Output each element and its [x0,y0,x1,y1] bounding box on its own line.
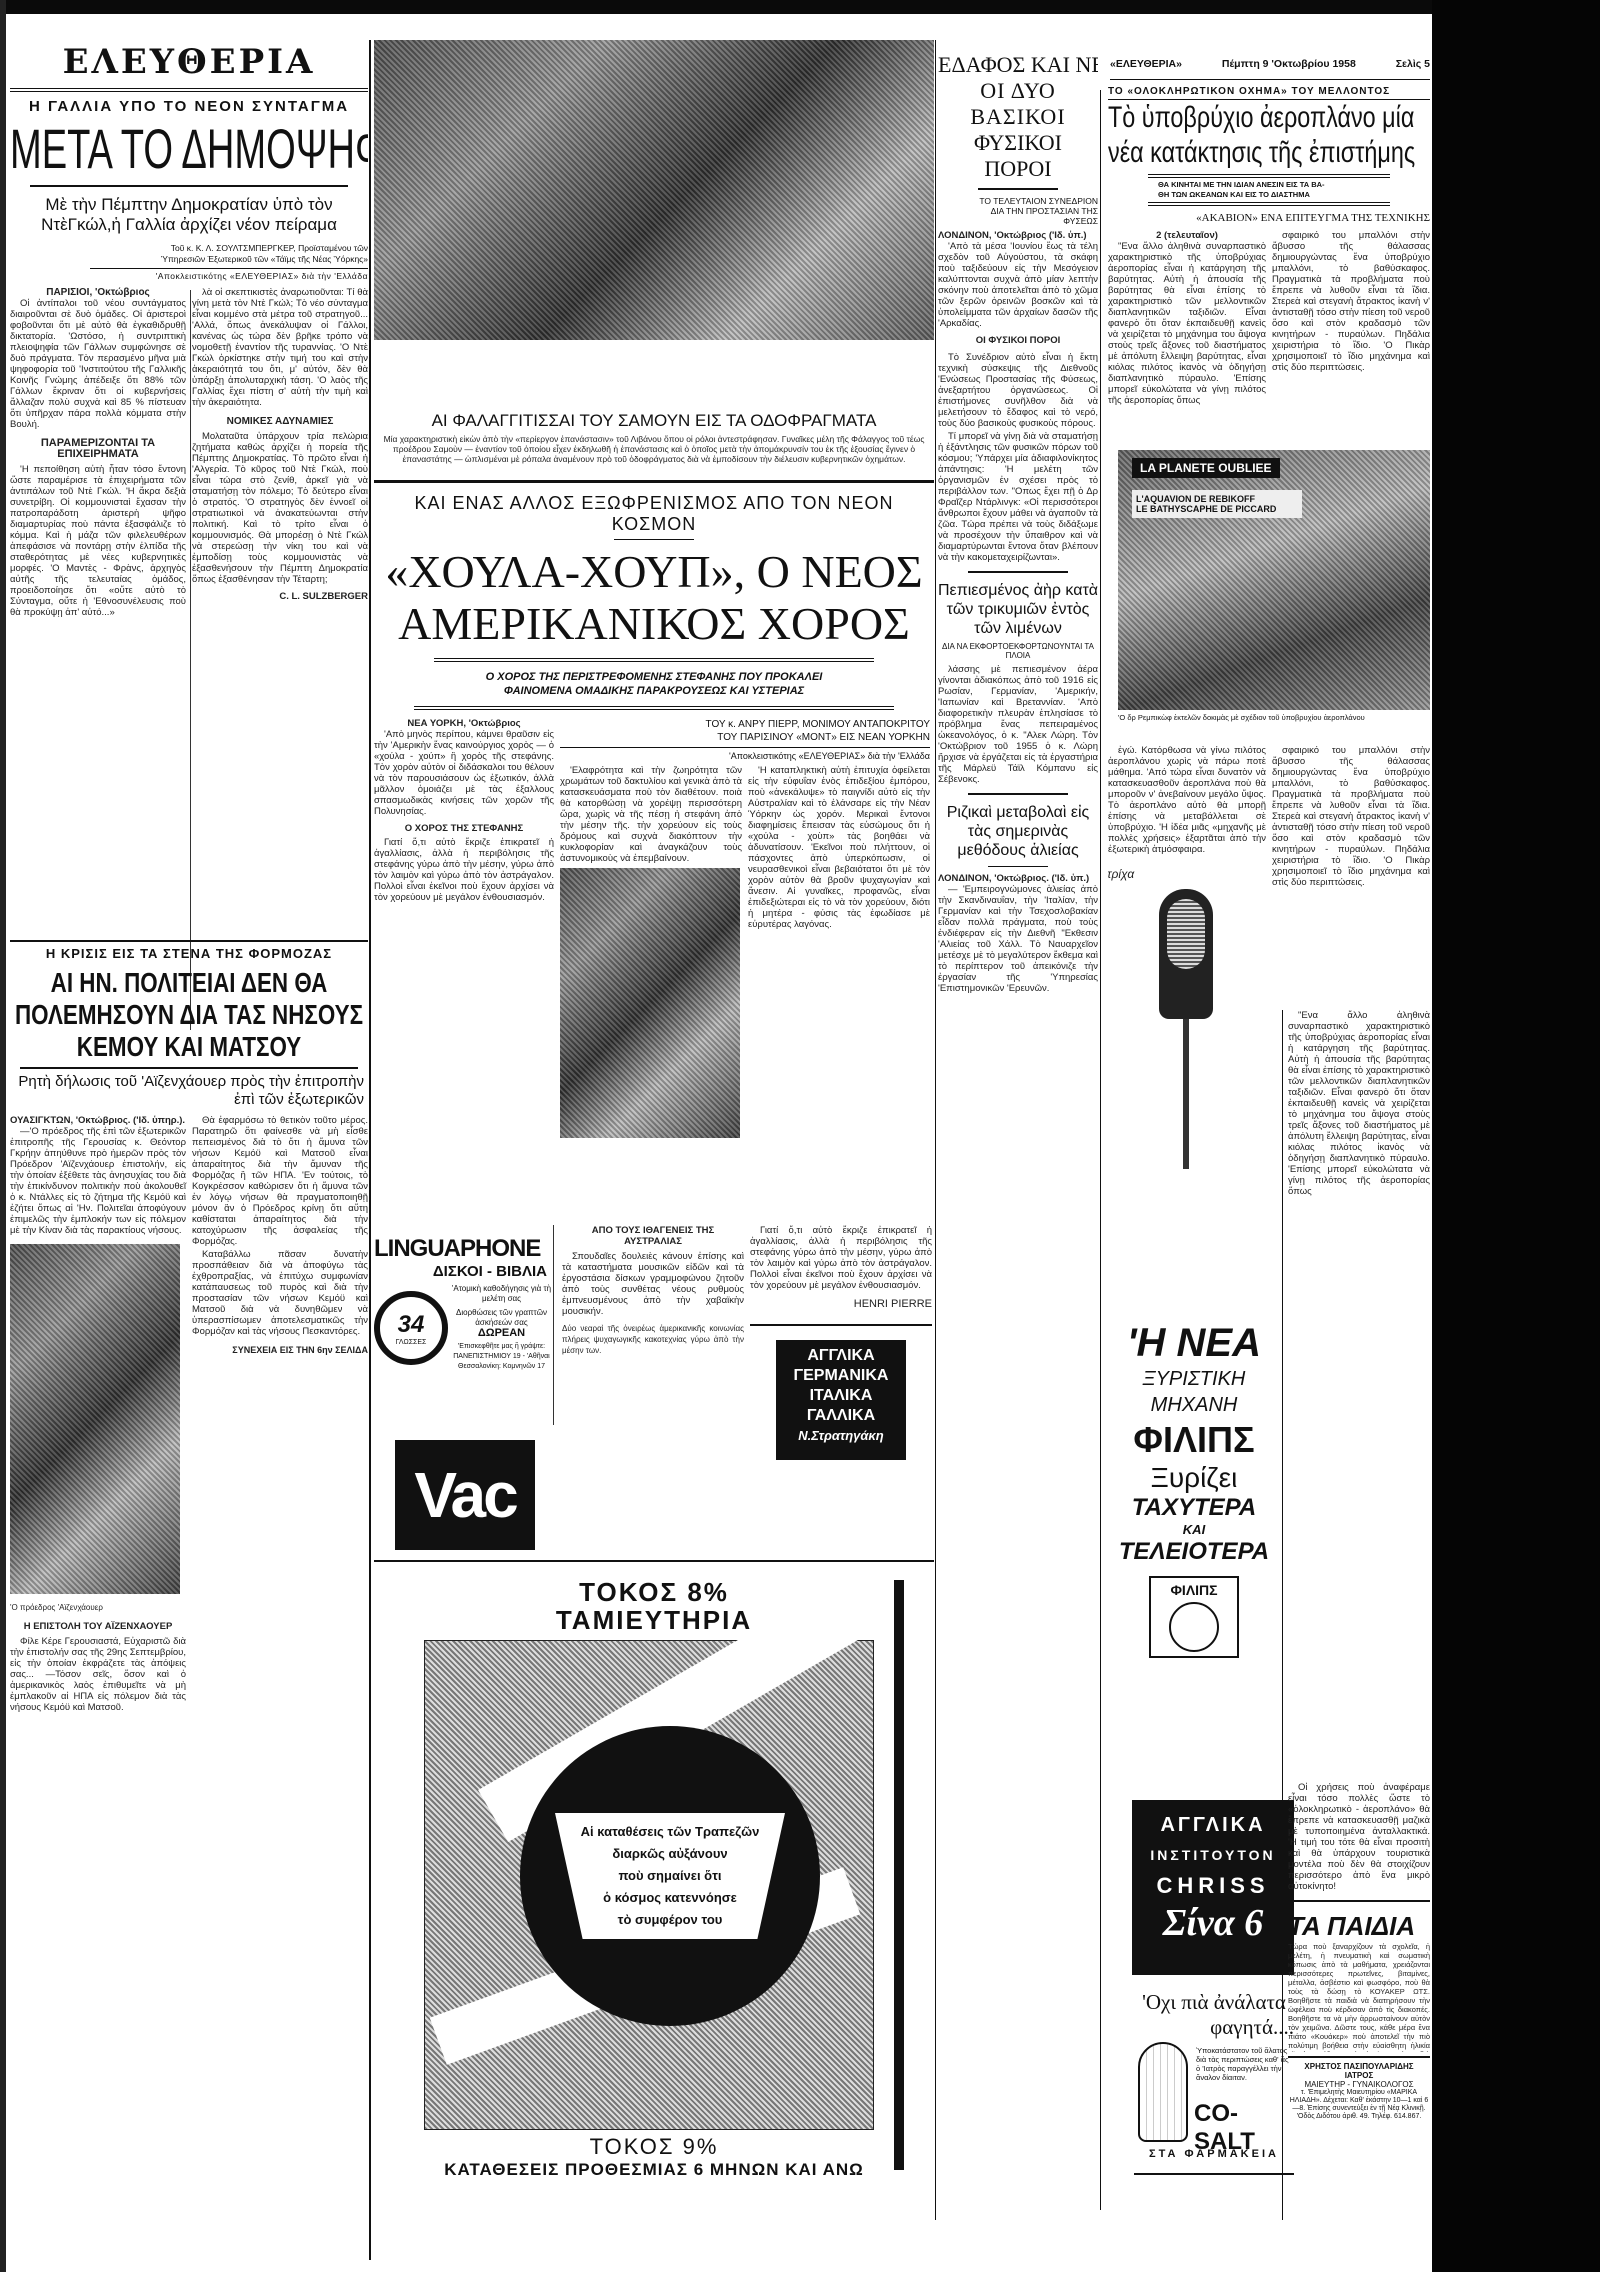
philips-line-6: ΤΑΧΥΤΕΡΑ [1110,1494,1278,1522]
eisenhower-photo [10,1244,180,1594]
doctor-name: ΧΡΗΣΤΟΣ ΠΑΣΙΠΟΥΛΑΡΙΔΗΣ [1288,2062,1430,2071]
formosa-body-1: —'Ο πρόεδρος τῆς ἐπὶ τῶν ἐξωτερικῶν ἐπιτ… [10,1126,186,1236]
cosalt-text: Ὑποκατάστατον τοῦ ἅλατος διὰ τὰς περιπτώ… [1196,2046,1292,2082]
submarine-body-3: ἐγώ. Κατόρθωσα νὰ γίνω πιλότος ἀεροπλάνο… [1108,745,1266,855]
chriss-line-2: ΙΝΣΤΙΤΟΥΤΟΝ [1132,1840,1294,1870]
photo-sign-bathyscaphe: LE BATHYSCAPHE DE PICCARD [1136,504,1298,514]
hula-dateline: ΝΕΑ ΥΟΡΚΗ, 'Οκτώβριος [374,718,554,729]
lead-section-1: ΠΑΡΑΜΕΡΙΖΟΝΤΑΙ ΤΑ ΕΠΙΧΕΙΡΗΜΑΤΑ [10,438,186,460]
hula-photo [560,868,740,1138]
compressed-air-deck: ΔΙΑ ΝΑ ΕΚΦΟΡΤΟΕΚΦΟΡΤΩΝΟΥΝΤΑΙ ΤΑ ΠΛΟΙΑ [938,642,1098,660]
byline-line-1: Τοῦ κ. Κ. Λ. ΣΟΥΛΤΣΜΠΕΡΓΚΕΡ, Προϊσταμένο… [10,243,368,254]
byline-line-2: Ὑπηρεσιῶν Ἐξωτερικοῦ τῶν «Τάϊμς τῆς Νέας… [10,254,368,265]
submarine-body-2: σφαιρικό του μπαλλόνι στὴν ἄβυσσο τῆς θά… [1272,230,1430,373]
submarine-body-1: "Ενα ἄλλο ἀληθινὰ συναρπαστικὸ χαρακτηρι… [1108,241,1266,406]
chriss-line-1: ΑΓΓΛΙΚΑ [1132,1810,1294,1840]
salt-shaker-icon [1138,2042,1188,2142]
hula-byline: ΤΟΥ κ. ΑΝΡΥ ΠΙΕΡΡ, ΜΟΝΙΜΟΥ ΑΝΤΑΠΟΚΡΙΤΟΥ … [560,718,930,744]
header-page-number: Σελὶς 5 [1396,58,1430,79]
hula-signature: HENRI PIERRE [750,1299,932,1310]
savings-message-panel: Αἱ καταθέσεις τῶν Τραπεζῶν διαρκῶς αὐξάν… [555,1813,785,1939]
fishing-headline: Ριζικαὶ μεταβολαὶ εἰς τὰς σημερινὰς μεθό… [938,803,1098,860]
submarine-part: 2 (τελευταῖον) [1108,230,1266,241]
hula-byline-2: ΤΟΥ ΠΑΡΙΣΙΝΟΥ «ΜΟΝΤ» ΕΙΣ ΝΕΑΝ ΥΟΡΚΗΝ [560,731,930,744]
school-line-1: ΑΓΓΛΙΚΑ [776,1346,906,1366]
lebanon-caption-text: Μία χαρακτηριστικὴ εἰκὼν ἀπὸ τὴν «περίερ… [374,432,934,466]
compressed-air-headline: Πεπιεσμένος ἀὴρ κατὰ τῶν τρικυμιῶν ἐντὸς… [938,581,1098,638]
hula-body-2: Γιατί ὅ,τι αὐτὸ ἔκριζε ἐπικρατεῖ ἡ ἀγαλλ… [374,837,554,903]
school-name: Ν.Στρατηγάκη [776,1426,906,1446]
scan-top-border [0,0,1600,14]
savings-footer-2: ΚΑΤΑΘΕΣΕΙΣ ΠΡΟΘΕΣΜΙΑΣ 6 ΜΗΝΩΝ ΚΑΙ ΑΝΩ [374,2160,934,2180]
philips-star-logo-icon [1169,1602,1219,1652]
linguaphone-line-2: Διορθώσεις τῶν γραπτῶν ἀσκήσεών σας [450,1308,553,1328]
languages-wheel-icon: 34 ΓΛΩΣΣΕΣ [374,1291,448,1365]
soil-headline-1: ΕΔΑΦΟΣ ΚΑΙ ΝΕΡΟ [938,52,1098,78]
philips-script: τρίχα [1108,869,1134,880]
linguaphone-line-4: 'Επισκεφθῆτε μας ἢ γράψτε: [450,1342,553,1352]
linguaphone-line-1: 'Ατομικὴ καθοδήγησις γιὰ τὴ μελέτη σας [450,1284,553,1304]
submarine-ending: "Ενα ἄλλο ἀληθινὰ συναρπαστικὸ χαρακτηρι… [1288,1010,1430,2210]
submarine-body-2-cont: σφαιρικό του μπαλλόνι στὴν ἄβυσσο τῆς θά… [1272,745,1430,888]
photo-sign-aquavion: L'AQUAVION DE REBIKOFF [1136,494,1298,504]
lead-byline: Τοῦ κ. Κ. Λ. ΣΟΥΛΤΣΜΠΕΡΓΚΕΡ, Προϊσταμένο… [10,243,368,265]
paper-masthead: ΕΛΕΥΘΕΡΙΑ [10,40,368,84]
cosalt-headline-1: 'Οχι πιὰ ἀνάλατα [1134,1990,1294,2015]
savings-illustration: Αἱ καταθέσεις τῶν Τραπεζῶν διαρκῶς αὐξάν… [424,1640,874,2130]
lead-body-1: Οἱ ἀντίπαλοι τοῦ νέου συντάγματος διαιρο… [10,298,186,430]
header-date: Πέμπτη 9 'Οκτωβρίου 1958 [1222,58,1356,79]
doctor-notice: ΧΡΗΣΤΟΣ ΠΑΣΙΠΟΥΛΑΡΙΔΗΣ ΙΑΤΡΟΣ ΜΑΙΕΥΤΗΡ -… [1288,2062,1430,2121]
formosa-kicker: Η ΚΡΙΣΙΣ ΕΙΣ ΤΑ ΣΤΕΝΑ ΤΗΣ ΦΟΡΜΟΖΑΣ [10,946,368,961]
chriss-line-4: Σίνα 6 [1132,1902,1294,1944]
lead-section-2: ΝΟΜΙΚΕΣ ΑΔΥΝΑΜΙΕΣ [192,416,368,427]
hula-body-3: 'Η καταπληκτικὴ αὐτὴ ἐπιτυχία ὀφείλεται … [748,765,930,930]
soil-headline-3: ΦΥΣΙΚΟΙ ΠΟΡΟΙ [938,130,1098,182]
formosa-body-2: Θὰ ἐφαρμόσω τὸ θετικὸν τοῦτο μέρος. Παρα… [192,1115,368,1247]
formosa-body-4: Φίλε Κέρε Γερουσιαστά, Εὐχαριστῶ διὰ τὴν… [10,1636,186,1713]
lead-article: ΕΛΕΥΘΕΡΙΑ Η ΓΑΛΛΙΑ ΥΠΟ ΤΟ ΝΕΟΝ ΣΥΝΤΑΓΜΑ … [10,40,368,1060]
strategaki-school-ad[interactable]: ΑΓΓΛΙΚΑ ΓΕΡΜΑΝΙΚΑ ΙΤΑΛΙΚΑ ΓΑΛΛΙΚΑ Ν.Στρα… [776,1340,906,1460]
philips-line-2: ΞΥΡΙΣΤΙΚΗ [1110,1366,1278,1392]
cosalt-footer: ΣΤΑ ΦΑΡΜΑΚΕΙΑ [1134,2148,1294,2160]
soil-body-5: — 'Εμπειρογνώμονες ἁλιείας ἀπὸ τὴν Σκανδ… [938,884,1098,994]
school-line-2: ΓΕΡΜΑΝΙΚΑ [776,1366,906,1386]
formosa-body-3: Καταβάλλω πᾶσαν δυνατὴν προσπάθειαν διὰ … [192,1249,368,1337]
savings-black-bar [894,1580,904,2170]
linguaphone-brand: LINGUAPHONE [374,1235,553,1263]
philips-line-1: 'Η ΝΕΑ [1110,1320,1278,1366]
hula-photo-caption: Δύο νεαραὶ τῆς ὀνειρέως ἀμερικανικῆς κοι… [562,1323,744,1356]
soil-body-4: λάσσης μὲ πεπιεσμένον ἀέρα γίνονται ἀδια… [938,664,1098,785]
hula-exclusive: 'Αποκλειστικότης «ΕΛΕΥΘΕΡΙΑΣ» διὰ τὴν 'Ε… [560,751,930,761]
hula-deck-1: Ο ΧΟΡΟΣ ΤΗΣ ΠΕΡΙΣΤΡΕΦΟΜΕΝΗΣ ΣΤΕΦΑΝΗΣ ΠΟΥ… [374,670,934,684]
page-header: «ΕΛΕΥΘΕΡΙΑ» Πέμπτη 9 'Οκτωβρίου 1958 Σελ… [1110,58,1430,80]
lead-dateline: ΠΑΡΙΣΙΟΙ, 'Οκτώβριος [10,287,186,298]
hula-sub-section: ΑΠΟ ΤΟΥΣ ΙΘΑΓΕΝΕΙΣ ΤΗΣ ΑΥΣΤΡΑΛΙΑΣ [562,1225,744,1247]
doctor-title: ΙΑΤΡΟΣ [1288,2071,1430,2080]
scan-left-border [0,0,6,2272]
fishing-dateline: ΛΟΝΔΙΝΟΝ, 'Οκτώβριος. ('Ιδ. ὑπ.) [938,873,1098,884]
lebanon-photo [374,40,934,340]
lead-body-3: 'Η πεποίθηση αὐτὴ ἦταν τόσο ἔντονη ὥστε … [10,464,186,618]
linguaphone-line-5: ΠΑΝΕΠΙΣΤΗΜΙΟΥ 19 - 'Αθῆναι [450,1352,553,1362]
soil-headline-2: ΟΙ ΔΥΟ ΒΑΣΙΚΟΙ [938,78,1098,130]
soil-section: ΟΙ ΦΥΣΙΚΟΙ ΠΟΡΟΙ [938,335,1098,346]
vac-brand: Vac [414,1458,515,1532]
submarine-body-4: Οἱ χρήσεις ποὺ ἀναφέραμε εἶναι τόσο πολλ… [1288,1782,1430,1892]
submarine-deck-1: ΘΑ ΚΙΝΗΤΑΙ ΜΕ ΤΗΝ ΙΔΙΑΝ ΑΝΕΣΙΝ ΕΙΣ ΤΑ ΒΑ… [1158,180,1430,190]
submarine-headline-1: Τὸ ὑποβρύχιο ἀεροπλάνο μία [1108,100,1359,136]
hula-continuation: ΑΠΟ ΤΟΥΣ ΙΘΑΓΕΝΕΙΣ ΤΗΣ ΑΥΣΤΡΑΛΙΑΣ Σπουδα… [562,1225,932,1535]
header-paper-name: «ΕΛΕΥΘΕΡΙΑ» [1110,58,1182,79]
linguaphone-line-3: ΔΩΡΕΑΝ [450,1328,553,1338]
philips-ad[interactable]: 'Η ΝΕΑ ΞΥΡΙΣΤΙΚΗ ΜΗΧΑΝΗ ΦΙΛΙΠΣ Ξυρίζει Τ… [1110,1320,1278,1770]
scan-right-border [1432,0,1600,2272]
philips-line-3: ΜΗΧΑΝΗ [1110,1392,1278,1418]
kids-body: Τώρα ποὺ ξαναρχίζουν τὰ σχολεῖα, ἡ μελέτ… [1288,1942,1430,2052]
savings-center-2: διαρκῶς αὐξάνουν [559,1843,781,1865]
philips-logo: ΦΙΛΙΠΣ [1149,1576,1239,1658]
column-divider [1100,90,1101,2210]
soil-body-3: Τί μπορεῖ νὰ γίνῃ διὰ νὰ σταματήσῃ ἡ ἐξά… [938,431,1098,563]
submarine-kicker: ΤΟ «ΟΛΟΚΛΗΡΩΤΙΚΟΝ ΟΧΗΜΑ» ΤΟΥ ΜΕΛΛΟΝΤΟΣ [1108,86,1430,100]
hula-kicker: ΚΑΙ ΕΝΑΣ ΑΛΛΟΣ ΕΞΩΦΡΕΝΙΣΜΟΣ ΑΠΟ ΤΟΝ ΝΕΟΝ… [374,493,934,535]
vac-ad[interactable]: Vac [395,1440,535,1550]
cosalt-headline-2: φαγητά.... [1134,2015,1294,2040]
lead-exclusive: 'Αποκλειστικότης «ΕΛΕΥΘΕΡΙΑΣ» διὰ τὴν 'Ε… [10,271,368,281]
languages-count: 34 [398,1311,425,1339]
lead-kicker: Η ΓΑΛΛΙΑ ΥΠΟ ΤΟ ΝΕΟΝ ΣΥΝΤΑΓΜΑ [10,98,368,115]
soil-body-1: 'Απὸ τὰ μέσα 'Ιουνίου ἕως τὰ τέλη σχεδὸν… [938,241,1098,329]
soil-deck: ΤΟ ΤΕΛΕΥΤΑΙΟΝ ΣΥΝΕΔΡΙΟΝ ΔΙΑ ΤΗΝ ΠΡΟΣΤΑΣΙ… [938,196,1098,226]
submarine-ending-body: "Ενα ἄλλο ἀληθινὰ συναρπαστικὸ χαρακτηρι… [1288,1010,1430,1780]
lebanon-caption: ΑΙ ΦΑΛΑΓΓΙΤΙΣΣΑΙ ΤΟΥ ΣΑΜΟΥΝ ΕΙΣ ΤΑ ΟΔΟΦΡ… [374,410,934,490]
submarine-deck: ΘΑ ΚΙΝΗΤΑΙ ΜΕ ΤΗΝ ΙΔΙΑΝ ΑΝΕΣΙΝ ΕΙΣ ΤΑ ΒΑ… [1108,180,1430,200]
photo-sign-planete: LA PLANETE OUBLIEE [1132,458,1280,478]
hula-deck-2: ΦΑΙΝΟΜΕΝΑ ΟΜΑΔΙΚΗΣ ΠΑΡΑΚΡΟΥΣΕΩΣ ΚΑΙ ΥΣΤΕ… [374,684,934,698]
doctor-details: τ. 'Επιμελητὴς Μαιευτηρίου «ΜΑΡΙΚΑ ΗΛΙΑΔ… [1288,2089,1430,2121]
hula-byline-1: ΤΟΥ κ. ΑΝΡΥ ΠΙΕΡΡ, ΜΟΝΙΜΟΥ ΑΝΤΑΠΟΚΡΙΤΟΥ [560,718,930,731]
hula-headline-1: «ΧΟΥΛΑ-ΧΟΥΠ», Ο ΝΕΟΣ [374,546,934,598]
hula-deck: Ο ΧΟΡΟΣ ΤΗΣ ΠΕΡΙΣΤΡΕΦΟΜΕΝΗΣ ΣΤΕΦΑΝΗΣ ΠΟΥ… [374,670,934,698]
linguaphone-line-6: Θεσσαλονίκη: Κομνηνῶν 17 [450,1362,553,1372]
soil-dateline: ΛΟΝΔΙΝΟΝ, 'Οκτώβριος ('Ιδ. ὑπ.) [938,230,1098,241]
philips-logo-text: ΦΙΛΙΠΣ [1155,1582,1233,1598]
savings-center-4: ὁ κόσμος κατεννόησε [559,1887,781,1909]
philips-line-4: ΦΙΛΙΠΣ [1110,1418,1278,1462]
lead-headline: ΜΕΤΑ ΤΟ ΔΗΜΟΨΗΦΙΣΜΑ [10,119,253,179]
savings-center-1: Αἱ καταθέσεις τῶν Τραπεζῶν [559,1821,781,1843]
formosa-dateline: ΟΥΑΣΙΓΚΤΩΝ, 'Οκτώβριος. ('Ιδ. ὑπηρ.). [10,1115,186,1126]
continued-note[interactable]: ΣΥΝΕΧΕΙΑ ΕΙΣ ΤΗΝ 6ην ΣΕΛΙΔΑ [192,1345,368,1356]
cosalt-ad[interactable]: 'Οχι πιὰ ἀνάλατα φαγητά.... Ὑποκατάστατο… [1134,1990,1294,2175]
soil-article: ΕΔΑΦΟΣ ΚΑΙ ΝΕΡΟ ΟΙ ΔΥΟ ΒΑΣΙΚΟΙ ΦΥΣΙΚΟΙ Π… [938,52,1098,2212]
formosa-section: Η ΕΠΙΣΤΟΛΗ ΤΟΥ ΑΪΖΕΝΧΑΟΥΕΡ [10,1621,186,1632]
lead-subheadline: Μὲ τὴν Πέμπτην Δημοκρατίαν ὑπὸ τὸν ΝτὲΓκ… [10,193,368,237]
lebanon-photo-block [374,40,934,340]
philips-line-5: Ξυρίζει [1110,1462,1278,1494]
column-divider [935,40,936,2220]
submarine-headline-2: νέα κατάκτησις τῆς ἐπιστήμης [1108,136,1359,170]
savings-center-5: τὸ συμφέρον του [559,1909,781,1931]
lead-body-2: λὰ οἱ σκεπτικιστὲς ἀναρωτιοῦνται: Τί θὰ … [192,287,368,408]
school-line-3: ΙΤΑΛΙΚΑ [776,1386,906,1406]
hula-body-4: Σπουδαῖες δουλειὲς κάνουν ἐπίσης καὶ τὰ … [562,1251,744,1317]
formosa-headline: ΑΙ ΗΝ. ΠΟΛΙΤΕΙΑΙ ΔΕΝ ΘΑ ΠΟΛΕΜΗΣΟΥΝ ΔΙΑ Τ… [10,967,368,1063]
lead-signature: C. L. SULZBERGER [192,591,368,602]
rebikoff-photo-block: LA PLANETE OUBLIEE L'AQUAVION DE REBIKOF… [1118,450,1430,740]
linguaphone-sub: ΔΙΣΚΟΙ - ΒΙΒΛΙΑ [374,1263,553,1280]
eisenhower-caption: 'Ο πρόεδρος 'Αϊζενχάουερ [10,1602,186,1613]
rebikoff-photo: LA PLANETE OUBLIEE L'AQUAVION DE REBIKOF… [1118,450,1430,710]
hula-headline-2: ΑΜΕΡΙΚΑΝΙΚΟΣ ΧΟΡΟΣ [374,598,934,650]
savings-ad[interactable]: ΤΟΚΟΣ 8% ΤΑΜΙΕΥΤΗΡΙΑ Αἱ καταθέσεις τῶν Τ… [374,1560,934,2180]
savings-circle: Αἱ καταθέσεις τῶν Τραπεζῶν διαρκῶς αὐξάν… [520,1726,820,2026]
savings-center-3: ποὺ σημαίνει ὅτι [559,1865,781,1887]
submarine-section: «ΑΚΑΒΙΟΝ» ΕΝΑ ΕΠΙΤΕΥΓΜΑ ΤΗΣ ΤΕΧΝΙΚΗΣ [1108,212,1430,224]
philips-line-7: ΚΑΙ [1110,1522,1278,1538]
hula-section: Ο ΧΟΡΟΣ ΤΗΣ ΣΤΕΦΑΝΗΣ [374,823,554,834]
rebikoff-caption: 'Ο δρ Ρεμπικὼφ ἐκτελῶν δοκιμὰς μὲ σχέδιο… [1118,713,1430,722]
savings-footer-1: ΤΟΚΟΣ 9% [374,2134,934,2160]
doctor-specialty: ΜΑΙΕΥΤΗΡ - ΓΥΝΑΙΚΟΛΟΓΟΣ [1288,2080,1430,2089]
lead-body-4: Μολαταῦτα ὑπάρχουν τρία πελώρια ζητήματα… [192,431,368,585]
formosa-subheadline: Ρητὴ δήλωσις τοῦ 'Αϊζενχάουερ πρὸς τὴν ἐ… [10,1073,368,1109]
philips-shaver-illustration: τρίχα [1147,869,1227,1169]
chriss-line-3: CHRISS [1132,1870,1294,1902]
hula-continuation-text: Γιατί ὅ,τι αὐτὸ ἔκριζε ἐπικρατεῖ ἡ ἀγαλλ… [750,1225,932,1291]
kids-headline: ΤΑ ΠΑΙΔΙΑ [1288,1910,1430,1942]
lebanon-caption-title: ΑΙ ΦΑΛΑΓΓΙΤΙΣΣΑΙ ΤΟΥ ΣΑΜΟΥΝ ΕΙΣ ΤΑ ΟΔΟΦΡ… [374,410,934,432]
languages-word: ΓΛΩΣΣΕΣ [396,1339,427,1346]
soil-body-2: Τὸ Συνέδριον αὐτὸ εἶναι ἡ ἕκτη τεχνικὴ σ… [938,352,1098,429]
chriss-ad[interactable]: ΑΓΓΛΙΚΑ ΙΝΣΤΙΤΟΥΤΟΝ CHRISS Σίνα 6 [1132,1800,1294,1975]
column-divider [369,40,371,2260]
hula-article: ΚΑΙ ΕΝΑΣ ΑΛΛΟΣ ΕΞΩΦΡΕΝΙΣΜΟΣ ΑΠΟ ΤΟΝ ΝΕΟΝ… [374,480,934,1220]
philips-line-8: ΤΕΛΕΙΟΤΕΡΑ [1110,1538,1278,1566]
linguaphone-ad[interactable]: LINGUAPHONE ΔΙΣΚΟΙ - ΒΙΒΛΙΑ 34 ΓΛΩΣΣΕΣ '… [374,1225,554,1425]
formosa-article: Η ΚΡΙΣΙΣ ΕΙΣ ΤΑ ΣΤΕΝΑ ΤΗΣ ΦΟΡΜΟΖΑΣ ΑΙ ΗΝ… [10,940,368,2270]
submarine-deck-2: ΘΗ ΤΩΝ ΩΚΕΑΝΩΝ ΚΑΙ ΕΙΣ ΤΟ ΔΙΑΣΤΗΜΑ [1158,190,1430,200]
school-line-4: ΓΑΛΛΙΚΑ [776,1406,906,1426]
hula-body-5: 'Ελαφρότητα καὶ τὴν ζωηρότητα τῶν χρωμάτ… [560,765,742,864]
hula-body-1: 'Απὸ μηνὸς περίπου, κάμνει θραῦσιν εἰς τ… [374,729,554,817]
